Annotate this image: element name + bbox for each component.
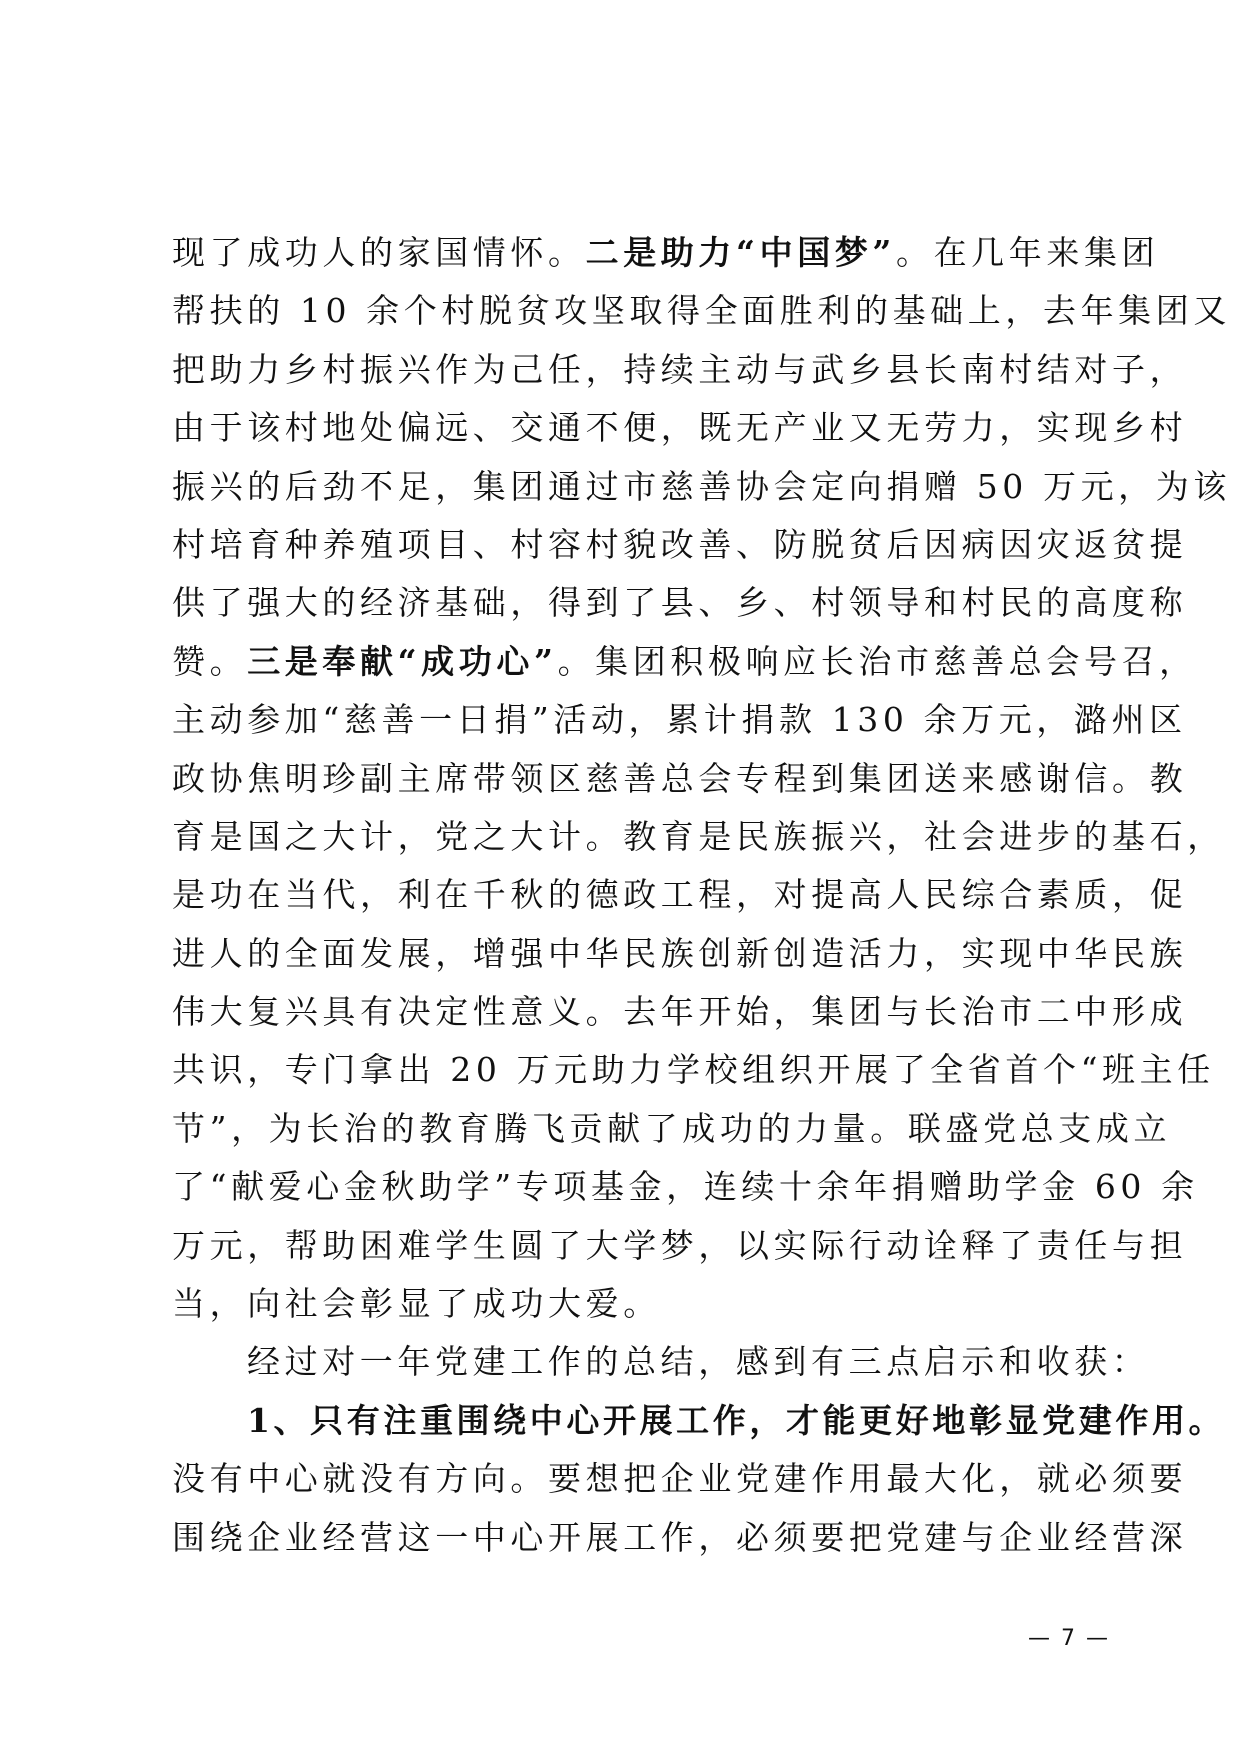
- text-segment: 帮扶的 10 余个村脱贫攻坚取得全面胜利的基础上，去年集团又: [172, 291, 1231, 330]
- text-line: 伟大复兴具有决定性意义。去年开始，集团与长治市二中形成: [172, 983, 1082, 1041]
- text-line: 村培育种养殖项目、村容村貌改善、防脱贫后因病因灾返贫提: [172, 516, 1082, 574]
- text-segment: 围绕企业经营这一中心开展工作，必须要把党建与企业经营深: [172, 1518, 1187, 1557]
- text-line: 振兴的后劲不足，集团通过市慈善协会定向捐赠 50 万元，为该: [172, 458, 1082, 516]
- bold-text-segment: 二是助力“中国梦”: [586, 233, 896, 272]
- text-segment: 。集团积极响应长治市慈善总会号召，: [558, 642, 1197, 681]
- text-segment: 由于该村地处偏远、交通不便，既无产业又无劳力，实现乡村: [172, 408, 1187, 447]
- text-segment: 。在几年来集团: [896, 233, 1159, 272]
- text-segment: 政协焦明珍副主席带领区慈善总会专程到集团送来感谢信。教: [172, 759, 1187, 798]
- text-line: 没有中心就没有方向。要想把企业党建作用最大化，就必须要: [172, 1450, 1082, 1508]
- text-segment: 没有中心就没有方向。要想把企业党建作用最大化，就必须要: [172, 1459, 1187, 1498]
- text-segment: 伟大复兴具有决定性意义。去年开始，集团与长治市二中形成: [172, 992, 1187, 1031]
- document-page: 现了成功人的家国情怀。二是助力“中国梦”。在几年来集团 帮扶的 10 余个村脱贫…: [0, 0, 1241, 1754]
- text-line: 政协焦明珍副主席带领区慈善总会专程到集团送来感谢信。教: [172, 750, 1082, 808]
- text-segment: 了“献爱心金秋助学”专项基金，连续十余年捐赠助学金 60 余: [172, 1167, 1199, 1206]
- text-segment: 共识，专门拿出 20 万元助力学校组织开展了全省首个“班主任: [172, 1050, 1215, 1089]
- text-line: 主动参加“慈善一日捐”活动，累计捐款 130 余万元，潞州区: [172, 691, 1082, 749]
- text-segment: 供了强大的经济基础，得到了县、乡、村领导和村民的高度称: [172, 583, 1187, 622]
- text-line: 节”，为长治的教育腾飞贡献了成功的力量。联盛党总支成立: [172, 1100, 1082, 1158]
- text-line: 了“献爱心金秋助学”专项基金，连续十余年捐赠助学金 60 余: [172, 1158, 1082, 1216]
- summary-intro-line: 经过对一年党建工作的总结，感到有三点启示和收获：: [172, 1333, 1082, 1391]
- text-segment: 振兴的后劲不足，集团通过市慈善协会定向捐赠 50 万元，为该: [172, 467, 1231, 506]
- text-segment: 是功在当代，利在千秋的德政工程，对提高人民综合素质，促: [172, 875, 1187, 914]
- text-segment: 赞。: [172, 642, 247, 681]
- text-line: 供了强大的经济基础，得到了县、乡、村领导和村民的高度称: [172, 574, 1082, 632]
- text-line: 万元，帮助困难学生圆了大学梦，以实际行动诠释了责任与担: [172, 1217, 1082, 1275]
- heading-text: 1、只有注重围绕中心开展工作，才能更好地彰显党建作用。: [247, 1401, 1225, 1440]
- section-heading: 1、只有注重围绕中心开展工作，才能更好地彰显党建作用。: [172, 1392, 1082, 1450]
- text-segment: 万元，帮助困难学生圆了大学梦，以实际行动诠释了责任与担: [172, 1226, 1187, 1265]
- text-segment: 进人的全面发展，增强中华民族创新创造活力，实现中华民族: [172, 934, 1187, 973]
- page-number: — 7 —: [1028, 1626, 1110, 1651]
- text-segment: 把助力乡村振兴作为己任，持续主动与武乡县长南村结对子，: [172, 350, 1187, 389]
- text-segment: 节”，为长治的教育腾飞贡献了成功的力量。联盛党总支成立: [172, 1109, 1171, 1148]
- text-segment: 现了成功人的家国情怀。: [172, 233, 586, 272]
- text-segment: 经过对一年党建工作的总结，感到有三点启示和收获：: [247, 1342, 1149, 1381]
- text-line: 育是国之大计，党之大计。教育是民族振兴，社会进步的基石，: [172, 808, 1082, 866]
- text-line: 围绕企业经营这一中心开展工作，必须要把党建与企业经营深: [172, 1509, 1082, 1567]
- text-segment: 当，向社会彰显了成功大爱。: [172, 1284, 661, 1323]
- text-segment: 村培育种养殖项目、村容村貌改善、防脱贫后因病因灾返贫提: [172, 525, 1187, 564]
- text-line: 当，向社会彰显了成功大爱。: [172, 1275, 1082, 1333]
- text-line: 进人的全面发展，增强中华民族创新创造活力，实现中华民族: [172, 925, 1082, 983]
- bold-text-segment: 三是奉献“成功心”: [247, 642, 557, 681]
- text-line: 帮扶的 10 余个村脱贫攻坚取得全面胜利的基础上，去年集团又: [172, 282, 1082, 340]
- text-line: 把助力乡村振兴作为己任，持续主动与武乡县长南村结对子，: [172, 341, 1082, 399]
- text-segment: 育是国之大计，党之大计。教育是民族振兴，社会进步的基石，: [172, 817, 1225, 856]
- text-line: 共识，专门拿出 20 万元助力学校组织开展了全省首个“班主任: [172, 1041, 1082, 1099]
- text-line: 赞。三是奉献“成功心”。集团积极响应长治市慈善总会号召，: [172, 633, 1082, 691]
- text-segment: 主动参加“慈善一日捐”活动，累计捐款 130 余万元，潞州区: [172, 700, 1187, 739]
- text-line: 由于该村地处偏远、交通不便，既无产业又无劳力，实现乡村: [172, 399, 1082, 457]
- text-line: 是功在当代，利在千秋的德政工程，对提高人民综合素质，促: [172, 866, 1082, 924]
- body-text: 现了成功人的家国情怀。二是助力“中国梦”。在几年来集团 帮扶的 10 余个村脱贫…: [172, 224, 1082, 1567]
- text-line: 现了成功人的家国情怀。二是助力“中国梦”。在几年来集团: [172, 224, 1082, 282]
